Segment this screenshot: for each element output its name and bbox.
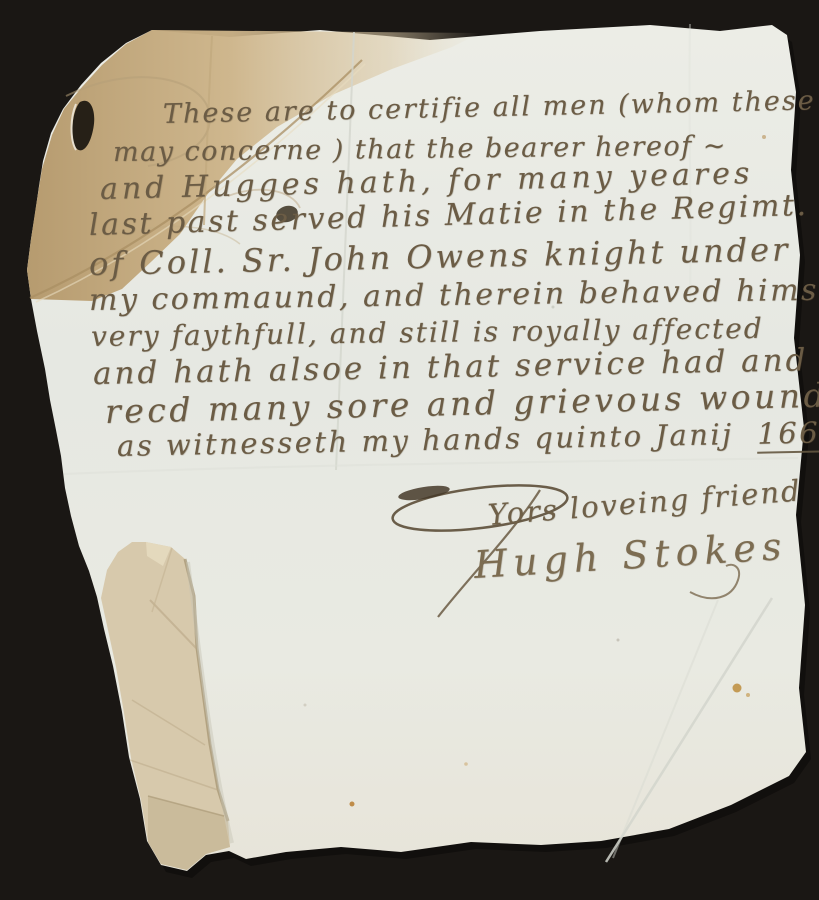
manuscript-scan: These are to certifie all men (whom thes…	[0, 0, 819, 900]
letter-scan-artwork	[0, 0, 819, 900]
